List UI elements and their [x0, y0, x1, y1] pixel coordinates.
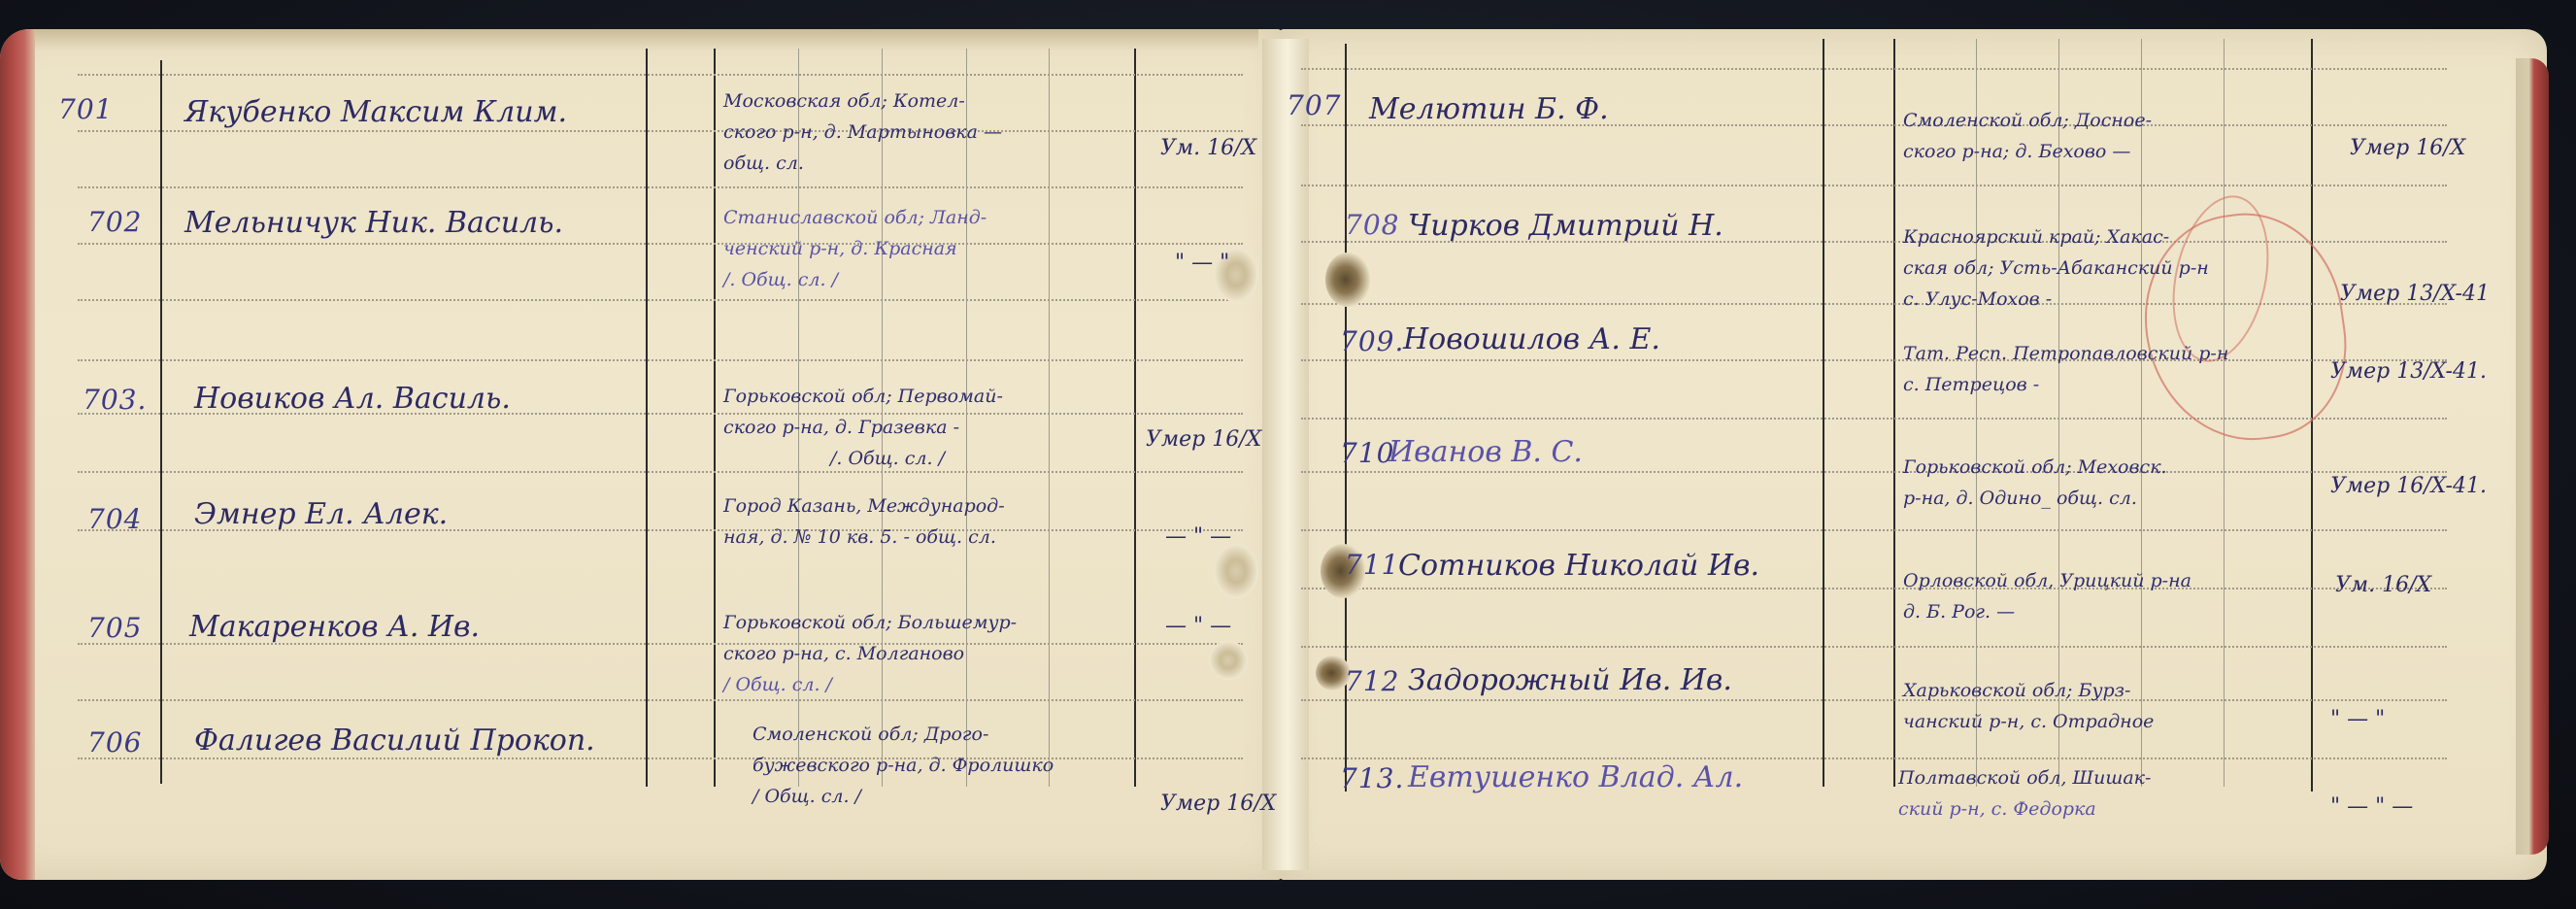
person-name: Мелютин Б. Ф.	[1369, 92, 1609, 126]
address-line: /. Общ. сл. /	[723, 443, 1003, 474]
address-line: Горьковской обл; Большемур-	[723, 607, 1017, 638]
ruled-line	[78, 299, 1243, 301]
address: Харьковской обл; Бурз- чанский р-н, с. О…	[1903, 675, 2154, 737]
ruled-line	[1301, 68, 2447, 70]
ruled-line	[1301, 646, 2447, 648]
address-line: чанский р-н, с. Отрадное	[1903, 706, 2154, 737]
death-note: Ум. 16/X	[1160, 136, 1256, 160]
address-line: Горьковской обл; Меховск.	[1903, 452, 2167, 483]
ruled-line	[1301, 471, 2447, 473]
book-gutter	[1262, 39, 1309, 870]
address: Смоленской обл; Дрого- бужевского р-на, …	[753, 719, 1054, 812]
address: Красноярский край; Хакас- ская обл; Усть…	[1903, 221, 2209, 315]
ruled-line	[78, 74, 1243, 76]
ruled-line	[78, 186, 1243, 188]
person-name: Сотников Николай Ив.	[1398, 549, 1759, 583]
left-col-rule-death	[1134, 49, 1136, 787]
address: Станиславской обл; Ланд- ченский р-н, д.…	[723, 202, 987, 295]
person-name: Иванов В. С.	[1388, 435, 1583, 469]
address: Горьковской обл; Большемур- ского р-на, …	[723, 607, 1017, 700]
address-line: ского р-на, с. Молганово	[723, 638, 1017, 669]
death-note: Умер 16/X	[1160, 791, 1276, 816]
left-page	[0, 29, 1282, 880]
right-col-rule-narrow	[1893, 39, 1895, 787]
person-name: Чирков Дмитрий Н.	[1408, 209, 1723, 243]
ruled-line	[1301, 699, 2447, 701]
address-line: р-на, д. Одино_ общ. сл.	[1903, 483, 2167, 514]
left-col-rule-narrow	[714, 49, 716, 787]
row-number: 702	[87, 206, 142, 238]
address-line: Полтавской обл, Шишак-	[1898, 762, 2151, 793]
row-number: 712	[1345, 665, 1399, 697]
address: Полтавской обл, Шишак- ский р-н, с. Федо…	[1898, 762, 2151, 825]
address-line: / Общ. сл. /	[723, 669, 1017, 700]
death-note: — " —	[1165, 524, 1231, 549]
address-line: Станиславской обл; Ланд-	[723, 202, 987, 233]
address-line: /. Общ. сл. /	[723, 264, 987, 295]
punch-hole	[1214, 544, 1258, 598]
row-number: 703.	[83, 384, 147, 416]
death-note: " — " —	[2330, 794, 2413, 819]
ruled-line	[1301, 529, 2447, 531]
address-line: бужевского р-на, д. Фролишко	[753, 750, 1054, 781]
death-note: " — "	[1175, 251, 1229, 275]
row-number: 704	[87, 503, 142, 535]
address: Смоленской обл; Досное- ского р-на; д. Б…	[1903, 105, 2152, 167]
left-col-rule-name	[646, 49, 648, 787]
row-number: 701	[58, 93, 113, 125]
row-number: 708	[1345, 209, 1399, 241]
left-col-rule-num	[160, 60, 162, 784]
ruled-line	[1301, 185, 2447, 186]
death-note: Умер 16/X	[1146, 427, 1261, 452]
address-line: ского р-на, д. Гразевка -	[723, 412, 1003, 443]
ruled-line	[1301, 588, 2447, 589]
person-name: Фалигев Василий Прокоп.	[194, 724, 595, 757]
address: Орловской обл, Урицкий р-на д. Б. Рог. —	[1903, 565, 2191, 627]
address-line: ская обл; Усть-Абаканский р-н	[1903, 252, 2209, 284]
address-line: с. Улус-Мохов -	[1903, 284, 2209, 315]
death-note: " — "	[2330, 707, 2385, 731]
address-line: д. Б. Рог. —	[1903, 596, 2191, 627]
address: Город Казань, Международ- ная, д. № 10 к…	[723, 490, 1005, 553]
address-line: Московская обл; Котел-	[723, 85, 1002, 117]
death-note: Умер 13/X-41.	[2330, 359, 2487, 384]
row-number: 706	[87, 726, 142, 758]
ruled-line	[78, 757, 1243, 759]
person-name: Эмнер Ел. Алек.	[194, 497, 448, 531]
address-line: ский р-н, с. Федорка	[1898, 793, 2151, 825]
address-line: с. Петрецов -	[1903, 369, 2228, 400]
person-name: Новошилов А. Е.	[1403, 322, 1660, 356]
ruled-line	[78, 243, 1243, 245]
row-number: 713.	[1340, 762, 1404, 794]
ruled-line	[1301, 757, 2447, 759]
address-line: Орловской обл, Урицкий р-на	[1903, 565, 2191, 596]
address-line: Город Казань, Международ-	[723, 490, 1005, 522]
address-line: ского р-н, д. Мартыновка —	[723, 117, 1002, 148]
ruled-line	[78, 471, 1243, 473]
right-page-edge-red	[2516, 58, 2549, 855]
row-number: 709.	[1340, 325, 1404, 357]
person-name: Якубенко Максим Клим.	[184, 95, 567, 129]
address: Тат. Респ. Петропавловский р-н с. Петрец…	[1903, 338, 2228, 400]
address: Горьковской обл; Первомай- ского р-на, д…	[723, 381, 1003, 474]
address-line: Красноярский край; Хакас-	[1903, 221, 2209, 252]
left-page-edge-red	[0, 29, 35, 880]
address-line: ная, д. № 10 кв. 5. - общ. сл.	[723, 522, 1005, 553]
punch-hole	[1325, 252, 1370, 307]
death-note: Умер 13/X-41	[2340, 282, 2490, 306]
death-note: Ум. 16/X	[2335, 573, 2431, 597]
address-line: / Общ. сл. /	[753, 781, 1054, 812]
person-name: Новиков Ал. Василь.	[194, 382, 511, 416]
row-number: 705	[87, 612, 142, 644]
row-number: 711	[1345, 549, 1399, 581]
address-line: Харьковской обл; Бурз-	[1903, 675, 2154, 706]
address-line: Тат. Респ. Петропавловский р-н	[1903, 338, 2228, 369]
person-name: Задорожный Ив. Ив.	[1408, 663, 1732, 697]
address: Горьковской обл; Меховск. р-на, д. Одино…	[1903, 452, 2167, 514]
top-page-stack	[35, 29, 1258, 50]
address-line: общ. сл.	[723, 148, 1002, 179]
death-note: Умер 16/X-41.	[2330, 474, 2487, 498]
person-name: Макаренков А. Ив.	[189, 610, 480, 644]
ruled-line	[78, 359, 1243, 361]
death-note: Умер 16/X	[2350, 136, 2465, 160]
address-line: ского р-на; д. Бехово —	[1903, 136, 2152, 167]
ruled-line	[78, 699, 1243, 701]
person-name: Евтушенко Влад. Ал.	[1408, 760, 1743, 794]
row-number: 710	[1340, 437, 1394, 469]
address: Московская обл; Котел- ского р-н, д. Мар…	[723, 85, 1002, 179]
punch-hole	[1209, 641, 1248, 680]
address-line: ченский р-н, д. Красная	[723, 233, 987, 264]
ruled-line	[78, 130, 1243, 132]
person-name: Мельничук Ник. Василь.	[184, 206, 563, 240]
address-line: Смоленской обл; Дрого-	[753, 719, 1054, 750]
address-line: Смоленской обл; Досное-	[1903, 105, 2152, 136]
address-line: Горьковской обл; Первомай-	[723, 381, 1003, 412]
left-col-rule-thin-4	[1049, 49, 1050, 787]
right-col-rule-name	[1823, 39, 1824, 787]
death-note: — " —	[1165, 614, 1231, 638]
row-number: 707	[1287, 89, 1341, 121]
